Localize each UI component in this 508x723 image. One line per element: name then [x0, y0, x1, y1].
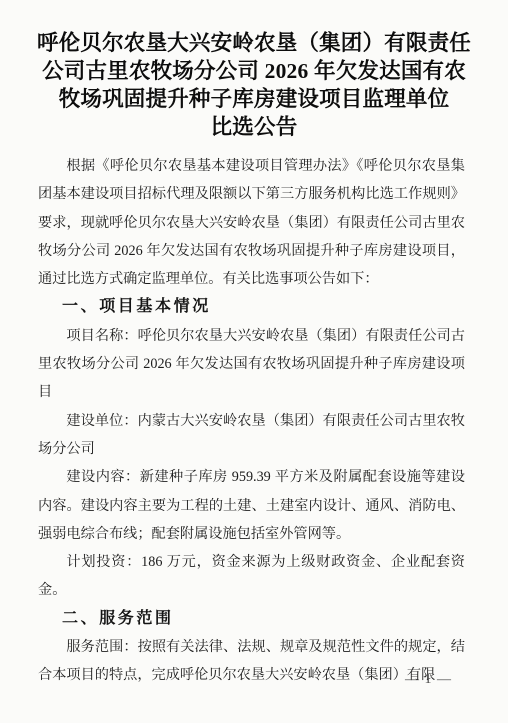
section-2-heading: 二、服务范围 [38, 605, 465, 633]
intro-paragraph: 根据《呼伦贝尔农垦基本建设项目管理办法》《呼伦贝尔农垦集团基本建设项目招标代理及… [38, 152, 465, 293]
construction-content-paragraph: 建设内容：新建种子库房 959.39 平方米及附属配套设施等建设内容。建设内容主… [38, 463, 465, 548]
page-number: — 1 — [405, 672, 452, 688]
document-body: 根据《呼伦贝尔农垦基本建设项目管理办法》《呼伦贝尔农垦集团基本建设项目招标代理及… [38, 152, 465, 690]
title-line-2: 公司古里农牧场分公司 2026 年欠发达国有农 [18, 57, 490, 85]
project-name-paragraph: 项目名称：呼伦贝尔农垦大兴安岭农垦（集团）有限责任公司古里农牧场分公司 2026… [38, 322, 465, 407]
construction-unit-paragraph: 建设单位：内蒙古大兴安岭农垦（集团）有限责任公司古里农牧场分公司 [38, 407, 465, 464]
title-line-1: 呼伦贝尔农垦大兴安岭农垦（集团）有限责任 [18, 29, 490, 57]
document-page: 呼伦贝尔农垦大兴安岭农垦（集团）有限责任 公司古里农牧场分公司 2026 年欠发… [0, 0, 508, 723]
document-title: 呼伦贝尔农垦大兴安岭农垦（集团）有限责任 公司古里农牧场分公司 2026 年欠发… [0, 0, 508, 141]
section-1-heading: 一、项目基本情况 [38, 293, 465, 321]
title-line-3: 牧场巩固提升种子库房建设项目监理单位 [18, 85, 490, 113]
title-line-4: 比选公告 [18, 113, 490, 141]
planned-investment-paragraph: 计划投资：186 万元，资金来源为上级财政资金、企业配套资金。 [38, 548, 465, 605]
service-scope-paragraph: 服务范围：按照有关法律、法规、规章及规范性文件的规定，结合本项目的特点，完成呼伦… [38, 633, 465, 690]
